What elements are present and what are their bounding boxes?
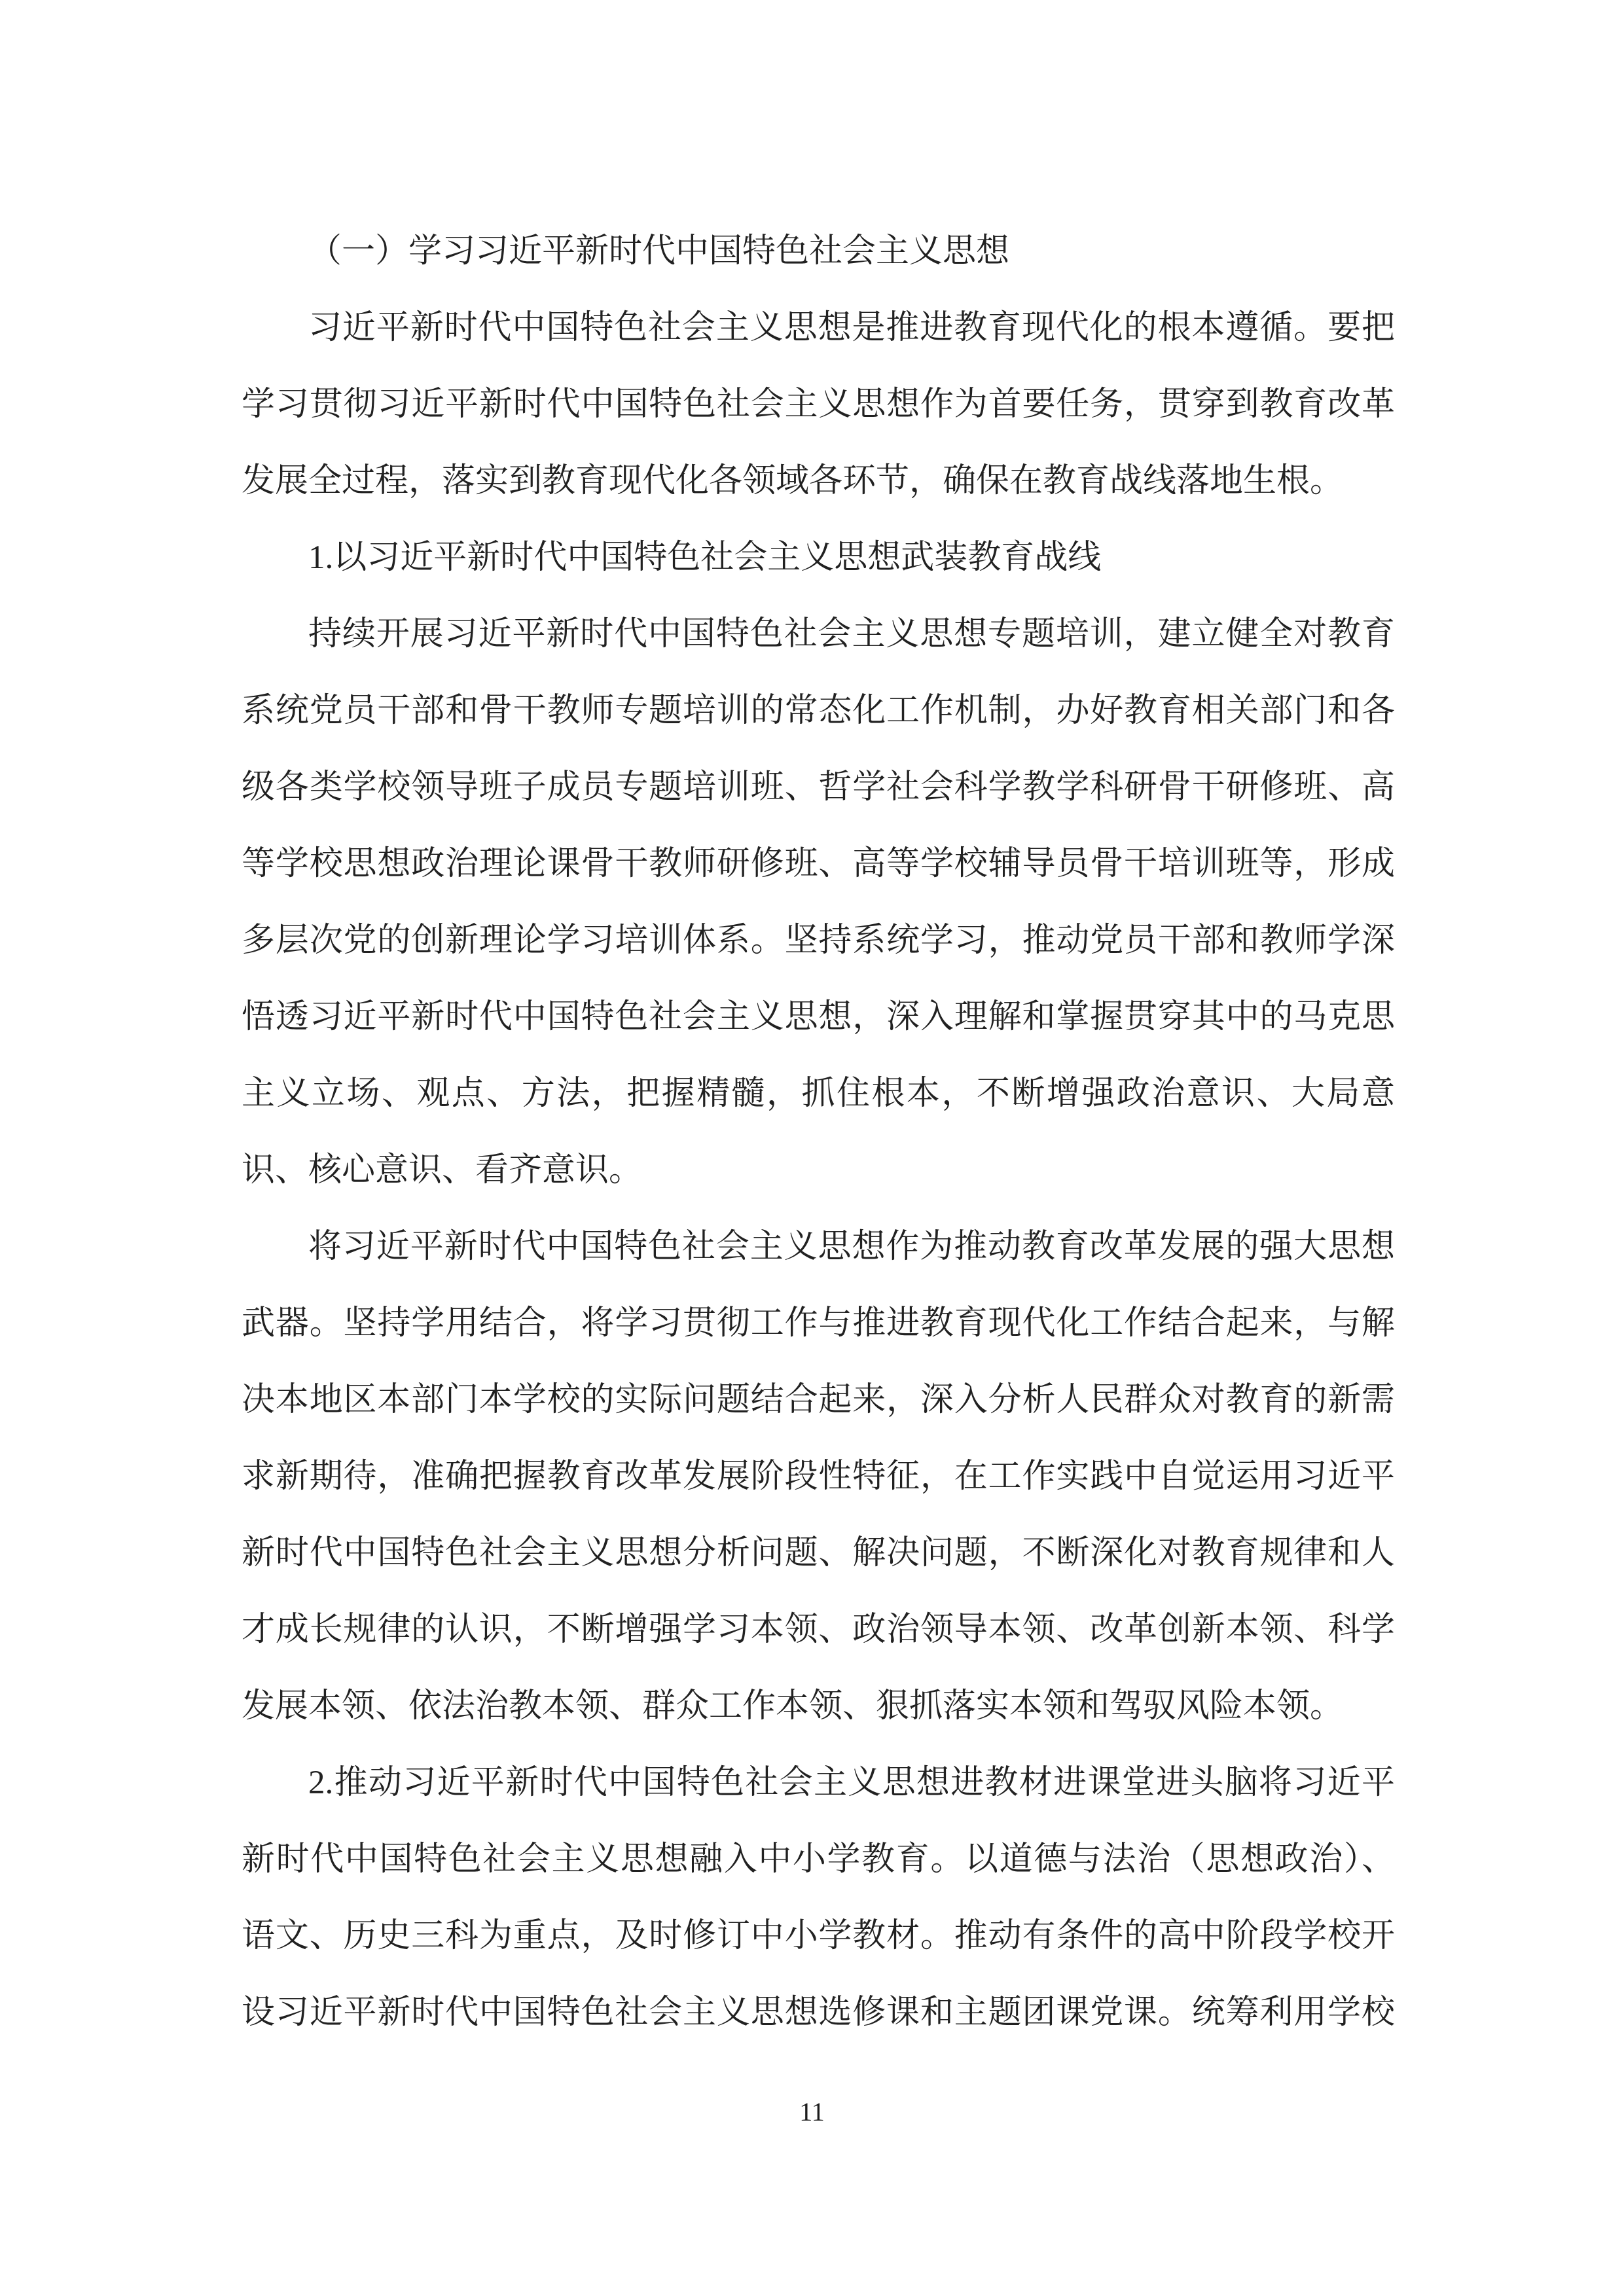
text-line: 识、核心意识、看齐意识。	[242, 1132, 1395, 1209]
text-line: 系统党员干部和骨干教师专题培训的常态化工作机制，办好教育相关部门和各	[242, 673, 1395, 749]
text-line: 武器。坚持学用结合，将学习贯彻工作与推进教育现代化工作结合起来，与解	[242, 1285, 1395, 1362]
text-line: 新时代中国特色社会主义思想融入中小学教育。以道德与法治（思想政治）、	[242, 1821, 1395, 1898]
text-line: 悟透习近平新时代中国特色社会主义思想，深入理解和掌握贯穿其中的马克思	[242, 979, 1395, 1056]
text-line: 持续开展习近平新时代中国特色社会主义思想专题培训，建立健全对教育	[242, 596, 1395, 673]
page-number: 11	[0, 2099, 1624, 2125]
text-line: 新时代中国特色社会主义思想分析问题、解决问题，不断深化对教育规律和人	[242, 1515, 1395, 1592]
text-line: 主义立场、观点、方法，把握精髓，抓住根本，不断增强政治意识、大局意	[242, 1056, 1395, 1132]
text-line: 级各类学校领导班子成员专题培训班、哲学社会科学教学科研骨干研修班、高	[242, 749, 1395, 826]
text-line: 语文、历史三科为重点，及时修订中小学教材。推动有条件的高中阶段学校开	[242, 1898, 1395, 1975]
text-line: 发展全过程，落实到教育现代化各领域各环节，确保在教育战线落地生根。	[242, 443, 1395, 520]
text-line: 将习近平新时代中国特色社会主义思想作为推动教育改革发展的强大思想	[242, 1209, 1395, 1285]
text-line: 2.推动习近平新时代中国特色社会主义思想进教材进课堂进头脑将习近平	[242, 1745, 1395, 1821]
text-line: 等学校思想政治理论课骨干教师研修班、高等学校辅导员骨干培训班等，形成	[242, 826, 1395, 903]
text-line: 决本地区本部门本学校的实际问题结合起来，深入分析人民群众对教育的新需	[242, 1362, 1395, 1439]
text-line: 求新期待，准确把握教育改革发展阶段性特征，在工作实践中自觉运用习近平	[242, 1439, 1395, 1515]
text-line: 1.以习近平新时代中国特色社会主义思想武装教育战线	[242, 520, 1395, 596]
text-line: 多层次党的创新理论学习培训体系。坚持系统学习，推动党员干部和教师学深	[242, 903, 1395, 979]
text-line: 发展本领、依法治教本领、群众工作本领、狠抓落实本领和驾驭风险本领。	[242, 1668, 1395, 1745]
document-page: （一）学习习近平新时代中国特色社会主义思想习近平新时代中国特色社会主义思想是推进…	[0, 0, 1624, 2296]
text-line: （一）学习习近平新时代中国特色社会主义思想	[242, 213, 1395, 290]
text-line: 才成长规律的认识，不断增强学习本领、政治领导本领、改革创新本领、科学	[242, 1592, 1395, 1668]
text-line: 学习贯彻习近平新时代中国特色社会主义思想作为首要任务，贯穿到教育改革	[242, 367, 1395, 443]
text-line: 设习近平新时代中国特色社会主义思想选修课和主题团课党课。统筹利用学校	[242, 1975, 1395, 2051]
document-body: （一）学习习近平新时代中国特色社会主义思想习近平新时代中国特色社会主义思想是推进…	[242, 213, 1395, 2051]
text-line: 习近平新时代中国特色社会主义思想是推进教育现代化的根本遵循。要把	[242, 290, 1395, 367]
